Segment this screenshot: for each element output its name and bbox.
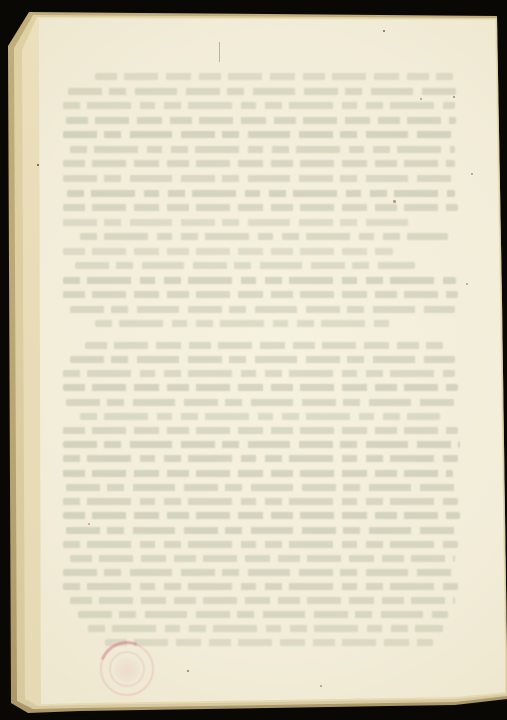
scanned-page-photo [0, 0, 507, 720]
page-surface [0, 0, 507, 720]
